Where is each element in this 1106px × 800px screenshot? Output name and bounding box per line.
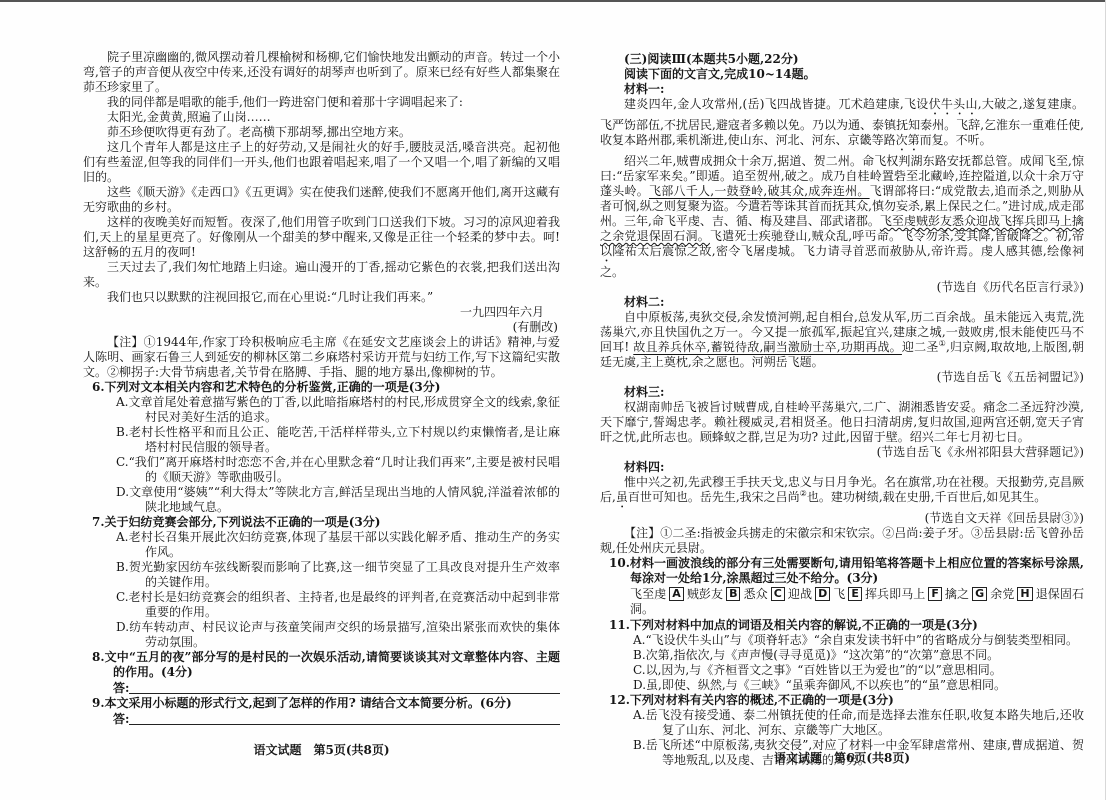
question-7-option-a: A.老村长召集开展此次妇纺竞赛,体现了基层干部以实践化解矛盾、推动生产的务实作风…: [83, 530, 560, 560]
question-10-segmentation-sentence: 飞至虔A贼彭友B悉众C迎战D飞E挥兵即马上F擒之G余党H退保固石洞。: [600, 587, 1084, 617]
scan-edge-line: [0, 0, 1106, 2]
text-segment: 余党: [990, 587, 1014, 601]
material-4-source: (节选自文天祥《回岳县尉③》): [600, 511, 1084, 526]
text-segment: ②: [800, 489, 807, 498]
segmentation-choice-box: E: [848, 587, 862, 601]
text-segment: 挥兵即马上: [865, 587, 925, 601]
segmentation-choice-box: H: [1017, 587, 1032, 601]
answer-label: 答:: [113, 681, 129, 696]
essay-paragraph: 我的同伴都是唱歌的能手,他们一跨进窑门便和着那十字调唱起来了:: [83, 95, 560, 110]
essay-footnote: 【注】①1944年,作家丁玲积极响应毛主席《在延安文艺座谈会上的讲话》精神,与爱…: [83, 335, 560, 380]
material-4-paragraph: 惟中兴之初,先武穆王手扶天戈,忠义与日月争光。名在旗常,功在社稷。天报勤劳,克昌…: [600, 475, 1084, 511]
question-8-stem: 8.文中“五月的夜”部分写的是村民的一次娱乐活动,请简要谈谈其对文章整体内容、主…: [83, 650, 560, 680]
section-heading: (三)阅读Ⅲ(本题共5小题,22分): [600, 52, 1084, 67]
segmentation-choice-box: D: [815, 587, 830, 601]
material-2-label: 材料二:: [600, 295, 1084, 310]
material-1-label: 材料一:: [600, 82, 1084, 97]
text-segment: 权湖南帅岳飞被旨讨贼曹成,自桂岭平荡巢穴,二广、湖湘悉皆安妥。痛念二圣远狩沙漠,…: [600, 400, 1084, 444]
text-segment: 百世可知也。岳先生,我宋之吕尚: [628, 490, 800, 504]
page-6-footer: 语文试题 第6页(共8页): [600, 749, 1084, 766]
question-8-answer-line: 答:: [83, 680, 560, 696]
essay-paragraph: 我们也只以默默的注视回报它,而在心里说:“几时让我们再来。”: [83, 290, 560, 305]
question-9-answer-line: 答:: [83, 711, 560, 727]
essay-date: 一九四四年六月: [83, 305, 560, 320]
question-12-stem: 12.下列对材料有关内容的概述,不正确的一项是(3分): [600, 693, 1084, 708]
question-6-option-b: B.老村长性格平和而且公正、能吃苦,干活样样带头,立下村规以约束懒惰者,是让麻塔…: [83, 425, 560, 455]
segmentation-choice-box: G: [972, 587, 987, 601]
essay-paragraph: 这几个青年人都是这庄子上的好劳动,又是闹社火的好手,腰肢灵活,嗓音洪亮。起初他们…: [83, 140, 560, 185]
material-3-paragraph: 权湖南帅岳飞被旨讨贼曹成,自桂岭平荡巢穴,二广、湖湘悉皆安妥。痛念二圣远狩沙漠,…: [600, 400, 1084, 445]
text-segment: 贼彭友: [687, 587, 723, 601]
segmentation-choice-box: F: [928, 587, 942, 601]
section-instruction: 阅读下面的文言文,完成10~14题。: [600, 67, 1084, 82]
page-5-footer: 语文试题 第5页(共8页): [83, 741, 560, 758]
text-segment: 飞遣死士疾驰登山,贼众乱,呼丐命。飞令勿杀,受其降,皆破降之。初,帝: [710, 229, 1084, 243]
text-segment: 而复。不听。: [920, 133, 992, 147]
question-7-option-c: C.老村长是妇纺竞赛会的组织者、主持者,也是最终的评判者,在竞赛活动中起到非常重…: [83, 590, 560, 620]
text-segment: 飞至虔: [630, 587, 666, 601]
material-3-label: 材料三:: [600, 385, 1084, 400]
question-11-option-d: D.虽,即使、纵然,与《三峡》“虽乘奔御风,不以疾也”的“虽”意思相同。: [600, 678, 1084, 693]
essay-song-line: 太阳光,金黄黄,照遍了山岗……: [83, 110, 560, 125]
segmentation-choice-box: A: [669, 587, 684, 601]
question-11-option-a: A.“飞设伏牛头山”与《项脊轩志》“余自束发读书轩中”的省略成分与倒装类型相同。: [600, 633, 1084, 648]
material-2-paragraph: 自中原板荡,夷狄交侵,余发愤河朔,起自相台,总发从军,历二百余战。虽未能远入夷荒…: [600, 310, 1084, 370]
question-6-stem: 6.下列对文本相关内容和艺术特色的分析鉴赏,正确的一项是(3分): [83, 380, 560, 395]
exam-paper-scan: { "left_page": { "essay": { "paragraphs"…: [0, 0, 1106, 800]
question-6-option-d: D.文章使用“婆姨”“利大得太”等陕北方言,鲜活呈现出当地的人情风貌,洋溢着浓郁…: [83, 485, 560, 515]
page-5-column: 院子里凉幽幽的,微风摆动着几棵榆树和杨柳,它们愉快地发出颤动的声音。转过一个小弯…: [83, 50, 560, 727]
answer-label: 答:: [113, 712, 129, 727]
text-segment: 伏牛头山: [929, 97, 978, 111]
segmentation-choice-box: B: [726, 587, 740, 601]
text-segment: 虽: [616, 490, 628, 504]
answer-blank-line: [129, 680, 560, 694]
text-segment: 迎二圣: [902, 340, 939, 354]
answer-blank-line: [129, 711, 560, 725]
material-1-paragraph: 绍兴二年,贼曹成拥众十余万,据道、贺二州。命飞权判湖东路安抚都总管。成闻飞至,惊…: [600, 154, 1084, 280]
question-11-stem: 11.下列对材料中加点的词语及相关内容的解说,不正确的一项是(3分): [600, 618, 1084, 633]
question-12-option-a: A.岳飞没有接受通、泰二州镇抚使的任命,而是选择去淮东任职,收复本路失地后,还收…: [600, 708, 1084, 738]
essay-paragraph: 院子里凉幽幽的,微风摆动着几棵榆树和杨柳,它们愉快地发出颤动的声音。转过一个小弯…: [83, 50, 560, 95]
question-10-stem: 10.材料一画波浪线的部分有三处需要断句,请用铅笔将答题卡上相应位置的答案标号涂…: [600, 556, 1084, 586]
question-9-stem: 9.本文采用小标题的形式行文,起到了怎样的作用? 请结合文本简要分析。(6分): [83, 696, 560, 711]
question-7-stem: 7.关于妇纺竞赛会部分,下列说法不正确的一项是(3分): [83, 515, 560, 530]
question-7-option-d: D.纺车转动声、村民议论声与孩童笑闹声交织的场景描写,渲染出紧张而欢快的集体劳动…: [83, 620, 560, 650]
essay-paragraph: 三天过去了,我们匆忙地踏上归途。遍山漫开的丁香,摇动它紫色的衣裳,把我们送出沟来…: [83, 260, 560, 290]
essay-paragraph: 这样的夜晚美好而短暂。夜深了,他们用管子吹到门口送我们下坡。习习的凉风迎着我们,…: [83, 215, 560, 260]
material-3-source: (节选自岳飞《永州祁阳县大营驿题记》): [600, 445, 1084, 460]
text-segment: 飞部八千人,一鼓登岭,破其众,成奔连州。: [649, 184, 870, 198]
text-segment: 次第: [896, 133, 920, 147]
page-6-column: (三)阅读Ⅲ(本题共5小题,22分) 阅读下面的文言文,完成10~14题。 材料…: [600, 52, 1084, 768]
text-segment: 建炎四年,金人攻常州,(岳)飞四战皆捷。兀术趋建康,飞设: [624, 97, 929, 111]
material-2-source: (节选自岳飞《五岳祠盟记》): [600, 370, 1084, 385]
text-segment: ①: [939, 339, 946, 348]
material-4-label: 材料四:: [600, 460, 1084, 475]
question-6-option-c: C.“我们”离开麻塔村时恋恋不舍,并在心里默念着“几时让我们再来”,主要是被村民…: [83, 455, 560, 485]
text-segment: 悉众: [743, 587, 767, 601]
text-segment: 飞: [833, 587, 845, 601]
text-segment: 也。建功树绩,载在史册,千百世后,如见其生。: [807, 490, 1046, 504]
text-segment: 擒之: [945, 587, 969, 601]
question-6-option-a: A.文章首尾处着意描写紫色的丁香,以此暗指麻塔村的村民,形成贯穿全文的线索,象征…: [83, 395, 560, 425]
essay-revision-note: (有删改): [83, 320, 560, 335]
text-segment: 隆祐太后震惊之故,密令飞屠虔城。飞力请寻首恶而赦胁从,帝许焉。虔人感其德,绘像祠…: [600, 244, 1084, 279]
text-segment: 迎战: [788, 587, 812, 601]
materials-footnote: 【注】①二圣:指被金兵掳走的宋徽宗和宋钦宗。②吕尚:姜子牙。③岳县尉:岳飞曾孙岳…: [600, 526, 1084, 556]
question-11-option-c: C.以,因为,与《齐桓晋文之事》“百姓皆以王为爱也”的“以”意思相同。: [600, 663, 1084, 678]
text-segment: 以: [600, 244, 612, 258]
essay-paragraph: 这些《顺天游》《走西口》《五更调》实在使我们迷醉,使我们不愿离开他们,离开这藏有…: [83, 185, 560, 215]
question-11-option-b: B.次第,指依次,与《声声慢(寻寻觅觅)》“这次第”的“次第”意思不同。: [600, 648, 1084, 663]
essay-paragraph: 茆丕珍便吹得更有劲了。老高横下那胡琴,挪出空地方来。: [83, 125, 560, 140]
material-1-paragraph: 建炎四年,金人攻常州,(岳)飞四战皆捷。兀术趋建康,飞设伏牛头山,大破之,遂复建…: [600, 97, 1084, 154]
text-segment: 故且养兵休卒,蓄锐待敌,嗣当激励士卒,功期再战。: [633, 340, 902, 354]
material-1-source: (节选自《历代名臣言行录》): [600, 280, 1084, 295]
question-7-option-b: B.贺光勤家因纺车弦线断裂而影响了比赛,这一细节突显了工具改良对提升生产效率的关…: [83, 560, 560, 590]
segmentation-choice-box: C: [771, 587, 785, 601]
